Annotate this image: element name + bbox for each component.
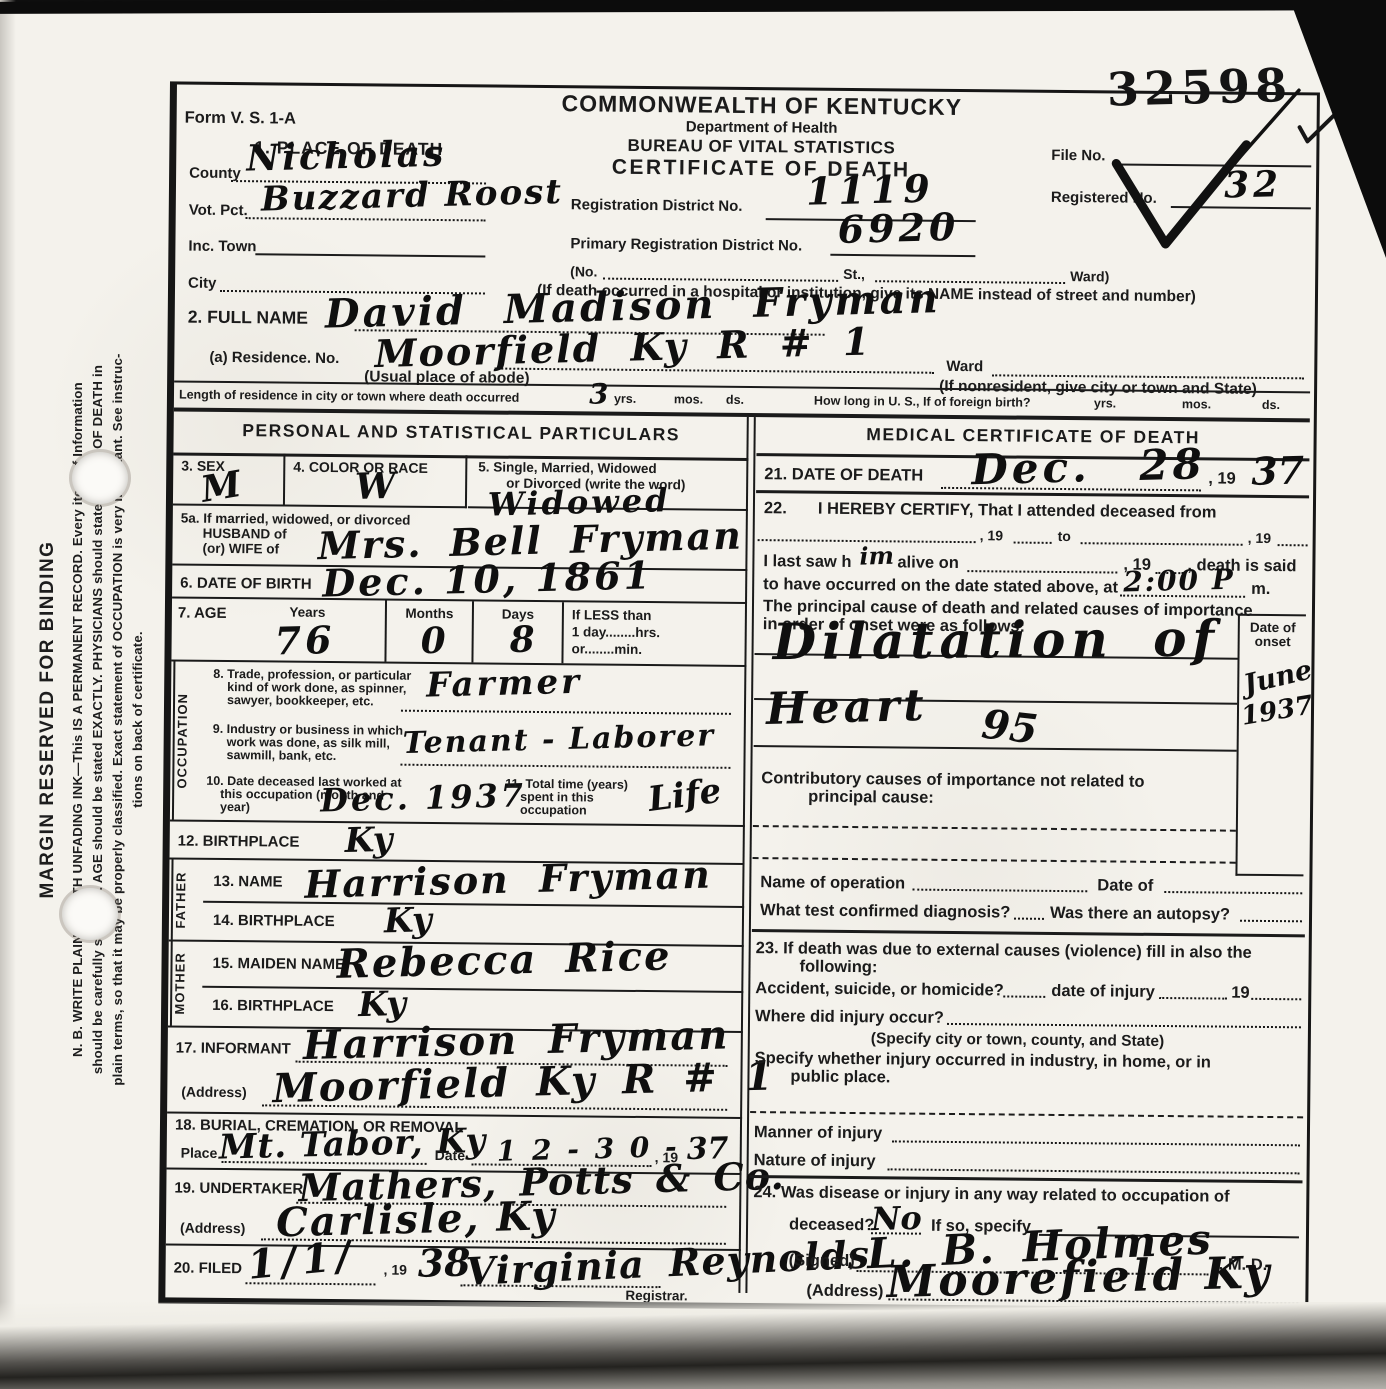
operation-date-label: Date of (1097, 876, 1153, 896)
check-mark-icon (925, 57, 1257, 280)
dob-row: 6. DATE OF BIRTH Dec. 10, 1861 (172, 565, 747, 604)
certify-to: to (1058, 528, 1071, 545)
mother-name-value: Rebecca Rice (336, 936, 672, 984)
marital-label-1: 5. Single, Married, Widowed (478, 459, 657, 477)
physician-address-label: (Address) (806, 1282, 883, 1302)
industry-value: Tenant - Laborer (402, 721, 715, 759)
margin-nb-line: should be carefully supplied. AGE should… (88, 97, 108, 1342)
trade-label-3: sawyer, bookkeeper, etc. (227, 693, 374, 709)
dob-label: 6. DATE OF BIRTH (180, 575, 312, 594)
medical-rule-1 (752, 929, 1305, 937)
filed-value: 1/1/ (246, 1236, 358, 1286)
yrs2-label: yrs. (1094, 396, 1116, 411)
last-saw-line (967, 570, 1117, 573)
cause-of-death-line-2: Heart (765, 684, 928, 732)
scan-shadow-bottom (0, 1302, 1386, 1389)
operation-date-line (1164, 891, 1302, 894)
signed-label: (Signed) (789, 1251, 855, 1271)
sex-value: M (198, 466, 243, 508)
months-value: 0 (420, 623, 446, 660)
injury-date-label: date of injury (1051, 982, 1155, 1002)
where-label: Where did injury occur? (755, 1007, 944, 1028)
contributory-line-1 (753, 825, 1236, 832)
sex-cell: 3. SEX M (173, 452, 286, 506)
cause-code: 95 (980, 704, 1040, 750)
onset-label-2: onset (1240, 634, 1306, 651)
ds2-label: ds. (1262, 398, 1280, 413)
test-line (1014, 918, 1044, 920)
margin-nb-line: tions on back of certificate. (128, 97, 148, 1342)
nature-line (888, 1168, 1300, 1174)
operation-label: Name of operation (760, 873, 905, 894)
inc-town-line (255, 253, 485, 257)
margin-nb-line: N. B. WRITE PLAINLY, WITH UNFADING INK—T… (68, 97, 88, 1342)
autopsy-line (1240, 920, 1302, 923)
scan-edge-left (0, 0, 16, 1389)
external-2: following: (799, 958, 877, 978)
dod-year: 37 (1251, 451, 1305, 490)
registration-district-label: Registration District No. (571, 196, 743, 215)
last-saw-2: alive on (897, 553, 959, 573)
father-vertical-label: FATHER (171, 859, 204, 939)
injury-19-line (1251, 998, 1301, 1000)
autopsy-label: Was there an autopsy? (1050, 904, 1230, 925)
occupation-block: OCCUPATION 8. Trade, profession, or part… (170, 661, 747, 827)
mos2-label: mos. (1182, 397, 1211, 412)
date-of-onset-box: Date of onset June 1937 (1235, 614, 1306, 877)
manner-label: Manner of injury (754, 1123, 883, 1144)
age-days-cell: Days 8 (473, 601, 564, 663)
contributory-2: principal cause: (808, 788, 934, 809)
total-time-label-3: occupation (520, 803, 587, 818)
operation-line (912, 889, 1087, 893)
injury-date-line (1159, 997, 1227, 1000)
age-row: 7. AGE Years 76 Months 0 Days 8 If LESS … (171, 598, 747, 667)
occurred-text: to have occurred on the date stated abov… (763, 575, 1118, 598)
undertaker-label: 19. UNDERTAKER (174, 1180, 303, 1199)
industry-line (400, 764, 730, 769)
nature-label: Nature of injury (754, 1151, 876, 1172)
filed-row: 20. FILED 1/1/ , 19 38 Virginia Reynolds… (165, 1243, 740, 1293)
certify-line-4 (1278, 544, 1308, 546)
less-than-label-2: 1 day........hrs. (572, 624, 660, 641)
contributory-line-2 (753, 857, 1236, 864)
mos-label: mos. (674, 392, 703, 407)
test-label: What test confirmed diagnosis? (760, 901, 1010, 923)
marital-cell: 5. Single, Married, Widowed or Divorced … (468, 455, 748, 511)
father-name-label: 13. NAME (213, 873, 282, 891)
length-residence-value: 3 (589, 380, 609, 408)
spouse-label-3: (or) WIFE of (202, 541, 279, 558)
less-than-label-3: or........min. (571, 641, 642, 658)
medical-certificate-column: MEDICAL CERTIFICATE OF DEATH 21. DATE OF… (748, 417, 1309, 1298)
hole-punch (62, 888, 118, 940)
binding-margin-text: MARGIN RESERVED FOR BINDING N. B. WRITE … (35, 97, 167, 1342)
occurred-time-value: 2:00 P (1123, 566, 1235, 597)
undertaker-address-label: (Address) (180, 1220, 246, 1237)
vot-pct-label: Vot. Pct. (189, 202, 248, 220)
certify-line-2 (1014, 542, 1052, 544)
certify-text: I HEREBY CERTIFY, That I attended deceas… (818, 500, 1217, 523)
inc-town-label: Inc. Town (188, 238, 256, 256)
mother-row-rule (202, 986, 743, 993)
ward-label: Ward (946, 358, 983, 376)
yrs-label: yrs. (614, 392, 636, 407)
race-cell: 4. COLOR OR RACE W (285, 454, 468, 509)
physician-address-value: Moorefield Ky (886, 1251, 1273, 1305)
ds-label: ds. (726, 393, 744, 408)
street-no-label: (No. (570, 263, 597, 280)
last-worked-label-3: year) (220, 800, 250, 815)
accident-line (1003, 995, 1045, 997)
city-label: City (188, 275, 217, 293)
dod-19: , 19 (1208, 469, 1236, 489)
age-label: 7. AGE (178, 605, 227, 623)
informant-address-value: Moorfield Ky R # 1 (272, 1057, 775, 1110)
length-residence-label: Length of residence in city or town wher… (179, 388, 519, 406)
medical-rule-2 (750, 1175, 1303, 1183)
personal-particulars-column: PERSONAL AND STATISTICAL PARTICULARS 3. … (165, 411, 748, 1292)
specify-2b: public place. (790, 1067, 890, 1087)
industry-label-3: sawmill, bank, etc. (226, 748, 336, 764)
years-value: 76 (274, 621, 336, 661)
father-birthplace-value: Ky (384, 903, 433, 938)
full-name-label: 2. FULL NAME (188, 307, 308, 329)
trade-value: Farmer (426, 665, 583, 703)
how-long-us-label: How long in U. S., If of foreign birth? (814, 394, 1031, 411)
certificate-form: Form V. S. 1-A 1. PLACE OF DEATH County … (158, 81, 1320, 1314)
father-name-value: Harrison Fryman (304, 856, 712, 904)
informant-label: 17. INFORMANT (176, 1040, 291, 1059)
date-of-death-row: 21. DATE OF DEATH Dec. 28 , 19 37 (756, 453, 1309, 498)
mother-name-label: 15. MAIDEN NAME (212, 955, 345, 974)
birthplace-value: Ky (344, 823, 393, 858)
margin-binding-note: MARGIN RESERVED FOR BINDING (37, 97, 59, 1342)
margin-nb-line: plain terms, so that it may be properly … (108, 97, 128, 1342)
certify-19a: , 19 (980, 527, 1004, 544)
mother-vertical-label: MOTHER (170, 941, 203, 1025)
where-line (947, 1023, 1301, 1028)
residence-value: Moorfield Ky R # 1 (374, 323, 872, 374)
primary-registration-label: Primary Registration District No. (570, 235, 802, 255)
total-time-value: Life (646, 774, 723, 817)
accident-label: Accident, suicide, or homicide? (755, 979, 1004, 1001)
scanned-death-certificate: MARGIN RESERVED FOR BINDING N. B. WRITE … (0, 0, 1386, 1389)
age-months-cell: Months 0 (386, 601, 474, 663)
informant-address-label: (Address) (181, 1084, 247, 1101)
dod-label: 21. DATE OF DEATH (764, 465, 923, 486)
injury-separator-line (750, 1111, 1303, 1118)
filed-label: 20. FILED (174, 1260, 243, 1278)
father-birthplace-label: 14. BIRTHPLACE (213, 912, 335, 931)
last-saw-1: I last saw h (763, 552, 851, 572)
injury-19: 19 (1231, 984, 1250, 1004)
race-value: W (355, 468, 396, 505)
vot-pct-value-handwritten: Buzzard Roost (261, 175, 564, 217)
cause-of-death-line-1: Dilatation of (772, 614, 1220, 668)
less-than-label-1: If LESS than (572, 607, 652, 624)
specify-note: (Specify city or town, county, and State… (871, 1030, 1165, 1051)
occurred-m: m. (1251, 580, 1270, 600)
filed-year: 38 (417, 1243, 471, 1282)
age-years-cell: Years 76 (229, 599, 387, 662)
county-value-handwritten: Nicholas (246, 136, 447, 177)
mother-birthplace-value: Ky (358, 987, 407, 1022)
hole-punch (72, 452, 128, 504)
filed-19: , 19 (384, 1262, 408, 1279)
certify-line-3 (1081, 542, 1243, 546)
occupation-vertical-label: OCCUPATION (172, 661, 206, 819)
burial-place-label: Place (181, 1145, 218, 1162)
mother-birthplace-label: 16. BIRTHPLACE (212, 997, 334, 1016)
last-saw-him: im (859, 544, 894, 569)
birthplace-label: 12. BIRTHPLACE (178, 833, 300, 852)
dob-value: Dec. 10, 1861 (322, 556, 654, 602)
days-value: 8 (509, 622, 535, 659)
form-number: Form V. S. 1-A (185, 109, 296, 130)
related-occupation-label: 24. Was disease or injury in any way rel… (753, 1183, 1229, 1207)
trade-line (401, 710, 731, 715)
dod-value: Dec. 28 (971, 443, 1206, 491)
residence-label: (a) Residence. No. (209, 349, 339, 368)
certify-19b: , 19 (1248, 530, 1272, 547)
certify-number: 22. (764, 499, 787, 519)
manner-line (892, 1140, 1300, 1146)
deceased-label: deceased? (789, 1215, 874, 1235)
last-worked-value: Dec. 1937 (320, 779, 527, 816)
